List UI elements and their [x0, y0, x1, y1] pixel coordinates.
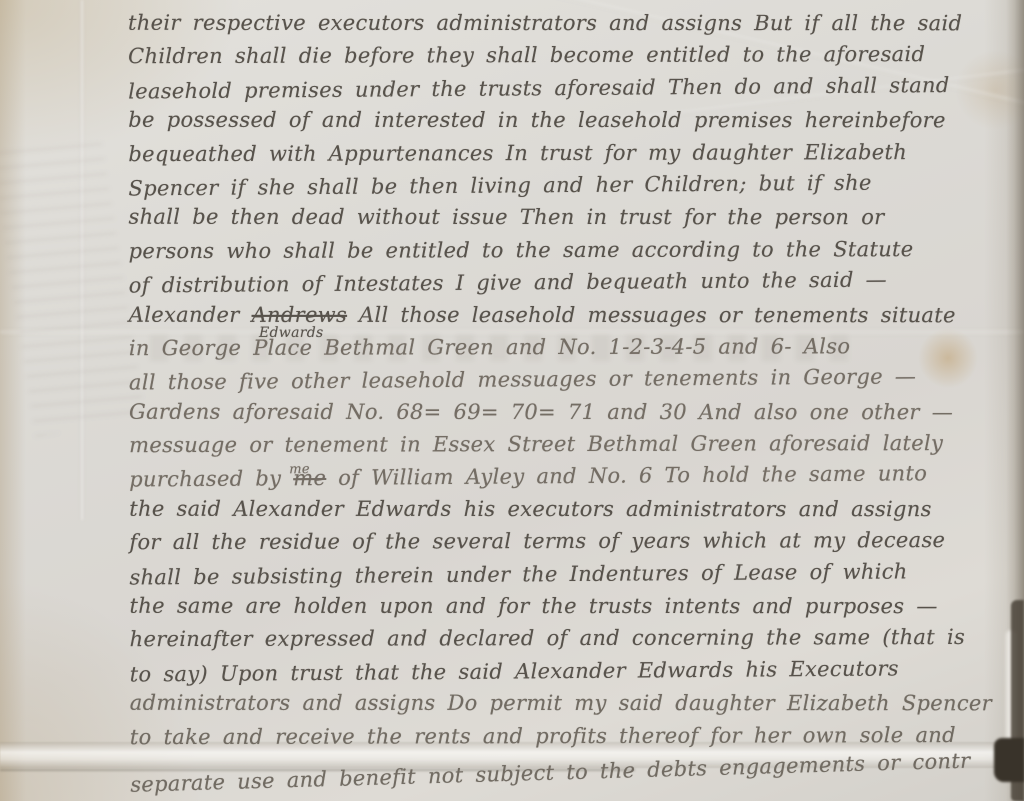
manuscript-line: be possessed of and interested in the le… — [128, 104, 1016, 137]
line-text: of distribution of Intestates I give and… — [129, 268, 887, 298]
line-text: in George Place Bethmal Green and No. 1-… — [129, 334, 850, 360]
line-text: All those leasehold messuages or tenemen… — [347, 302, 956, 326]
ink-bleedthrough — [0, 133, 146, 437]
struck-out-word: Andrews — [252, 302, 347, 326]
manuscript-line: purchased by meme of William Ayley and N… — [129, 457, 1017, 496]
line-text: to take and receive the rents and profit… — [130, 723, 956, 749]
manuscript-line: all those five other leasehold messuages… — [129, 360, 1017, 399]
manuscript-line: leasehold premises under the trusts afor… — [128, 68, 1016, 107]
manuscript-line: messuage or tenement in Essex Street Bet… — [129, 427, 1017, 462]
line-text: be possessed of and interested in the le… — [128, 108, 945, 132]
page-edge-shadow — [994, 738, 1024, 782]
manuscript-line: persons who shall be entitled to the sam… — [129, 233, 1017, 268]
manuscript-line: Children shall die before they shall bec… — [128, 38, 1016, 73]
manuscript-line: their respective executors administrator… — [128, 7, 1016, 40]
line-text: the said Alexander Edwards his executors… — [129, 497, 931, 521]
manuscript-line: Spencer if she shall be then living and … — [128, 165, 1016, 204]
manuscript-scan: their respective executors administrator… — [0, 0, 1024, 801]
line-text: Spencer if she shall be then living and … — [128, 171, 871, 201]
line-text: administrators and assigns Do permit my … — [130, 691, 992, 715]
line-text: Children shall die before they shall bec… — [128, 42, 925, 68]
manuscript-line: of distribution of Intestates I give and… — [129, 263, 1017, 302]
line-text: of William Ayley and No. 6 To hold the s… — [326, 462, 927, 491]
manuscript-line: bequeathed with Appurtenances In trust f… — [128, 135, 1016, 170]
line-text: Alexander — [129, 302, 252, 326]
manuscript-line: for all the residue of the several terms… — [129, 524, 1017, 559]
manuscript-line: hereinafter expressed and declared of an… — [130, 621, 1018, 656]
manuscript-line: shall be then dead without issue Then in… — [129, 201, 1017, 234]
line-text: separate use and benefit not subject to … — [130, 749, 971, 797]
line-text: their respective executors administrator… — [128, 11, 962, 35]
line-text: messuage or tenement in Essex Street Bet… — [129, 431, 943, 457]
manuscript-line: administrators and assigns Do permit my … — [130, 687, 1018, 720]
manuscript-line: the said Alexander Edwards his executors… — [129, 493, 1017, 526]
line-text: persons who shall be entitled to the sam… — [129, 237, 914, 263]
line-text: for all the residue of the several terms… — [129, 528, 945, 554]
line-text: leasehold premises under the trusts afor… — [128, 73, 950, 103]
line-text: purchased by — [129, 467, 293, 492]
line-text: the same are holden upon and for the tru… — [130, 594, 938, 618]
line-text: shall be subsisting therein under the In… — [129, 559, 907, 589]
manuscript-line: Gardens aforesaid No. 68= 69= 70= 71 and… — [129, 395, 1017, 428]
line-text: to say) Upon trust that the said Alexand… — [130, 656, 899, 686]
manuscript-line: to say) Upon trust that the said Alexand… — [130, 651, 1018, 690]
manuscript-line: Alexander AndrewsEdwards All those lease… — [129, 298, 1017, 331]
line-text: bequeathed with Appurtenances In trust f… — [128, 140, 907, 166]
line-text: Gardens aforesaid No. 68= 69= 70= 71 and… — [129, 399, 953, 423]
manuscript-line: the same are holden upon and for the tru… — [130, 590, 1018, 623]
line-text: shall be then dead without issue Then in… — [129, 205, 885, 229]
manuscript-line: shall be subsisting therein under the In… — [129, 554, 1017, 593]
manuscript-lines: their respective executors administrator… — [128, 6, 1018, 786]
line-text: hereinafter expressed and declared of an… — [130, 625, 965, 651]
line-text: all those five other leasehold messuages… — [129, 365, 916, 395]
